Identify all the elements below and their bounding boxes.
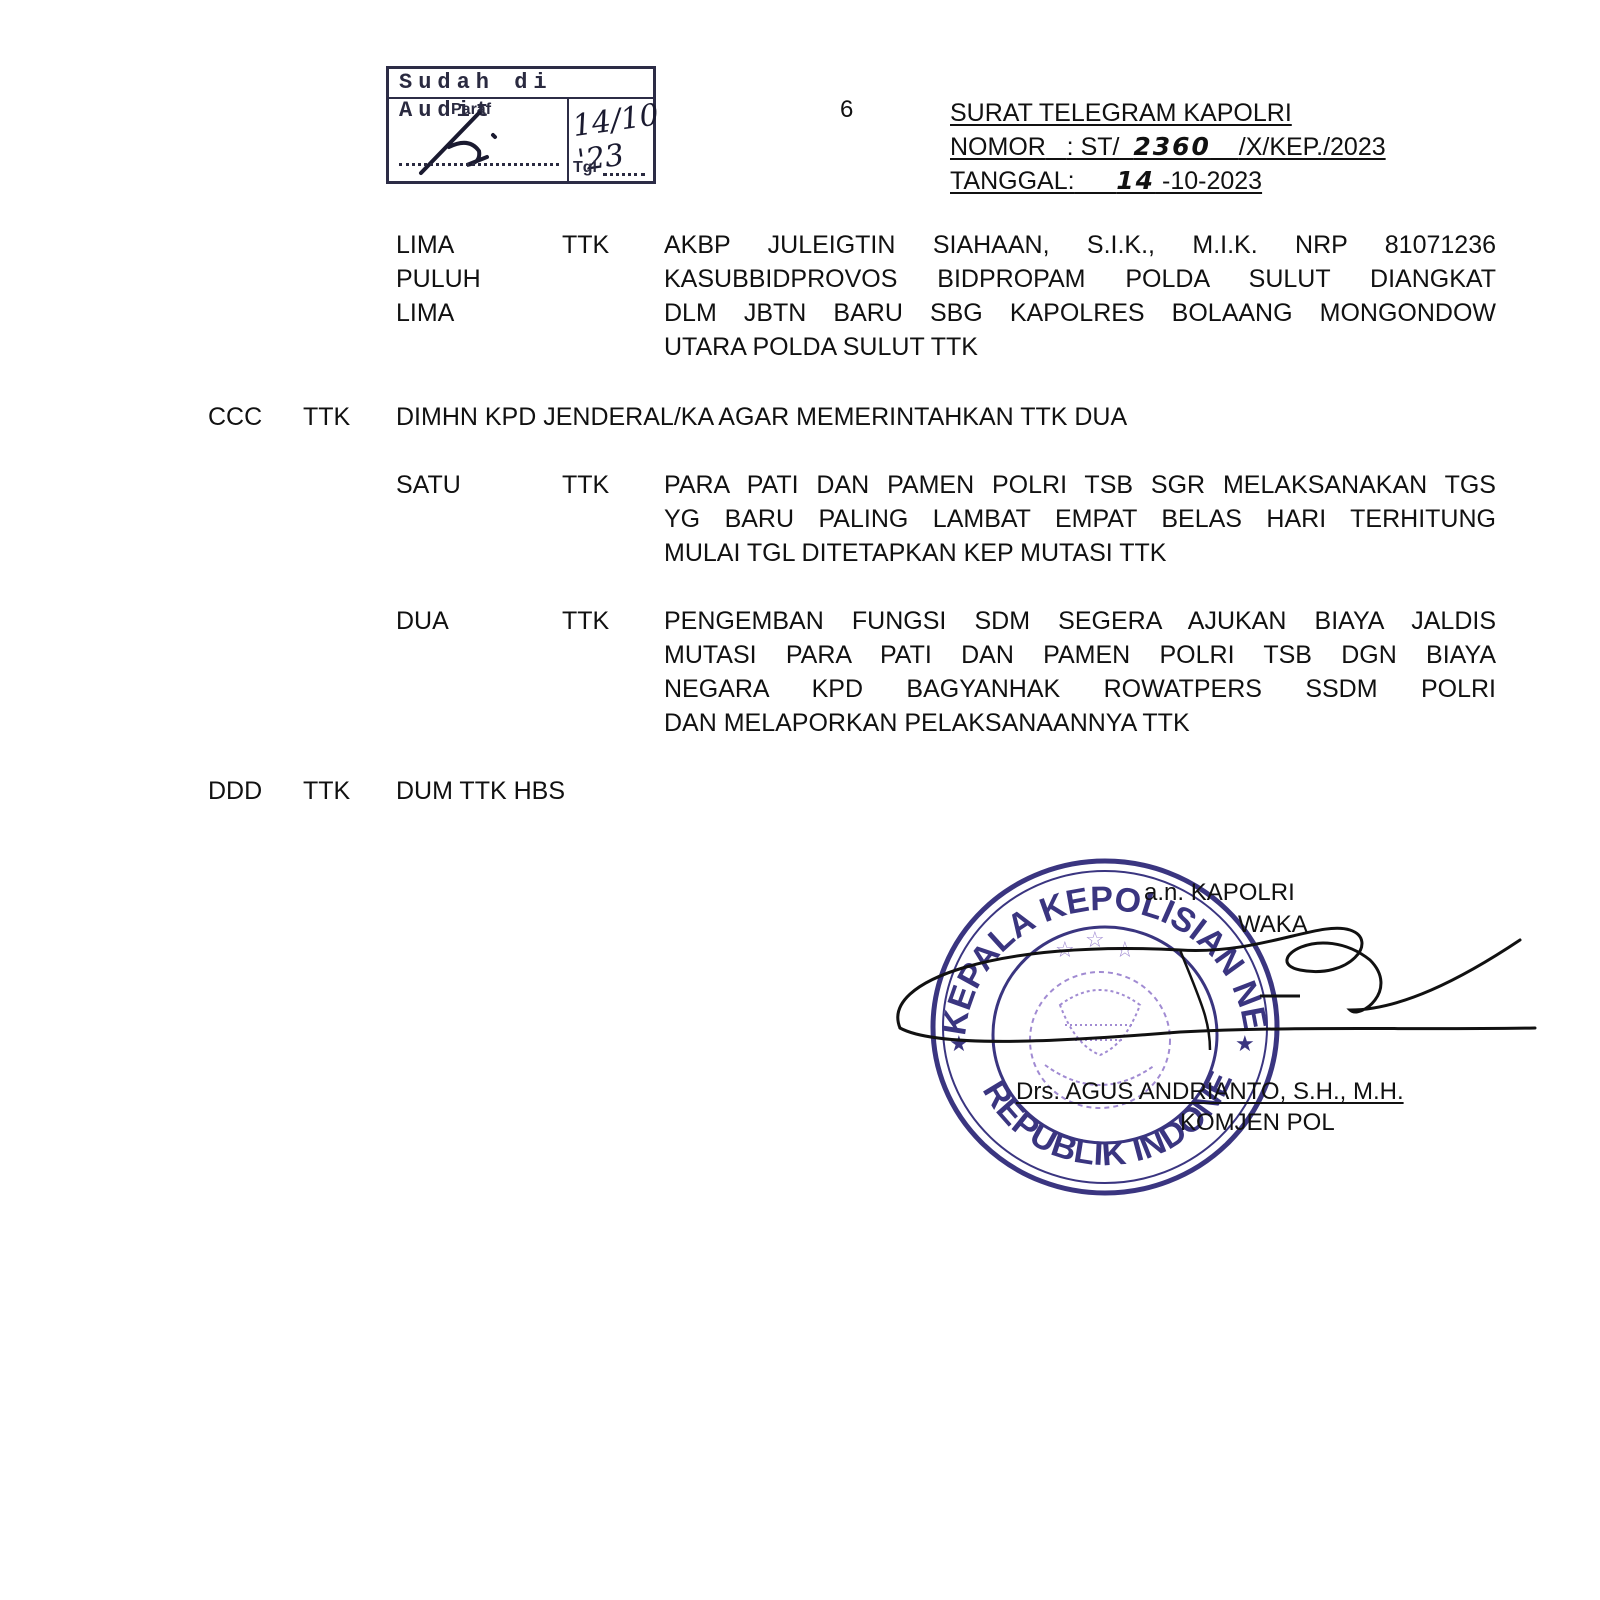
item-ttk: TTK — [303, 400, 350, 434]
item-text-line: AKBP JULEIGTIN SIAHAAN, S.I.K., M.I.K. N… — [664, 228, 1496, 262]
item-ttk: TTK — [562, 468, 609, 502]
item-text-line: DLM JBTN BARU SBG KAPOLRES BOLAANG MONGO… — [664, 296, 1496, 330]
item-text-line: PARA PATI DAN PAMEN POLRI TSB SGR MELAKS… — [664, 468, 1496, 502]
item-text: DUM TTK HBS — [396, 774, 565, 808]
item-ttk: TTK — [562, 604, 609, 638]
document-date: TANGGAL: 14 -10-2023 — [950, 164, 1386, 198]
audit-stamp-divider — [567, 97, 569, 181]
item-text-line: MUTASI PARA PATI DAN PAMEN POLRI TSB DGN… — [664, 638, 1496, 672]
handwritten-signature-icon — [880, 900, 1540, 1100]
item-ttk: TTK — [562, 228, 609, 262]
audit-stamp-title: Sudah di Audit — [389, 69, 653, 99]
page-number: 6 — [840, 96, 853, 124]
tanggal-label: TANGGAL: — [950, 167, 1075, 195]
signatory-rank: KOMJEN POL — [1180, 1108, 1335, 1138]
paraf-signature-icon — [409, 107, 519, 177]
nomor-number: 2360 — [1133, 132, 1211, 161]
item-ttk: TTK — [303, 774, 350, 808]
item-text-line: MULAI TGL DITETAPKAN KEP MUTASI TTK — [664, 536, 1496, 570]
item-text: PENGEMBAN FUNGSI SDM SEGERA AJUKAN BIAYA… — [664, 604, 1496, 740]
item-text-line: UTARA POLDA SULUT TTK — [664, 330, 1496, 364]
item-text-line: YG BARU PALING LAMBAT EMPAT BELAS HARI T… — [664, 502, 1496, 536]
document-title: SURAT TELEGRAM KAPOLRI — [950, 96, 1386, 130]
item-label-line: LIMA — [396, 228, 481, 262]
tanggal-rest: -10-2023 — [1162, 167, 1262, 195]
audit-paraf-dots — [399, 163, 559, 166]
item-label-line: LIMA — [396, 296, 481, 330]
item-label-line: PULUH — [396, 262, 481, 296]
item-label: CCC — [208, 400, 262, 434]
nomor-prefix: : ST/ — [1067, 133, 1120, 161]
item-label: SATU — [396, 468, 461, 502]
tanggal-day: 14 — [1116, 166, 1155, 195]
document-header: SURAT TELEGRAM KAPOLRI NOMOR : ST/ 2360 … — [950, 96, 1386, 198]
item-text: DIMHN KPD JENDERAL/KA AGAR MEMERINTAHKAN… — [396, 400, 1127, 434]
item-text-line: KASUBBIDPROVOS BIDPROPAM POLDA SULUT DIA… — [664, 262, 1496, 296]
item-text-line: DAN MELAPORKAN PELAKSANAANNYA TTK — [664, 706, 1496, 740]
item-text-line: PENGEMBAN FUNGSI SDM SEGERA AJUKAN BIAYA… — [664, 604, 1496, 638]
audit-stamp: Sudah di Audit Paraf 14/10 '23 Tgl — [386, 66, 656, 184]
item-label: DDD — [208, 774, 262, 808]
item-text-line: NEGARA KPD BAGYANHAK ROWATPERS SSDM POLR… — [664, 672, 1496, 706]
nomor-label: NOMOR — [950, 133, 1046, 161]
item-text: PARA PATI DAN PAMEN POLRI TSB SGR MELAKS… — [664, 468, 1496, 570]
item-text: AKBP JULEIGTIN SIAHAAN, S.I.K., M.I.K. N… — [664, 228, 1496, 364]
item-label: LIMA PULUH LIMA — [396, 228, 481, 330]
document-number: NOMOR : ST/ 2360 /X/KEP./2023 — [950, 130, 1386, 164]
item-label: DUA — [396, 604, 449, 638]
audit-tgl-dots — [603, 173, 645, 176]
telegram-page: Sudah di Audit Paraf 14/10 '23 Tgl 6 SUR… — [0, 0, 1600, 1600]
nomor-suffix: /X/KEP./2023 — [1239, 133, 1386, 161]
audit-tgl-label: Tgl — [573, 159, 597, 177]
